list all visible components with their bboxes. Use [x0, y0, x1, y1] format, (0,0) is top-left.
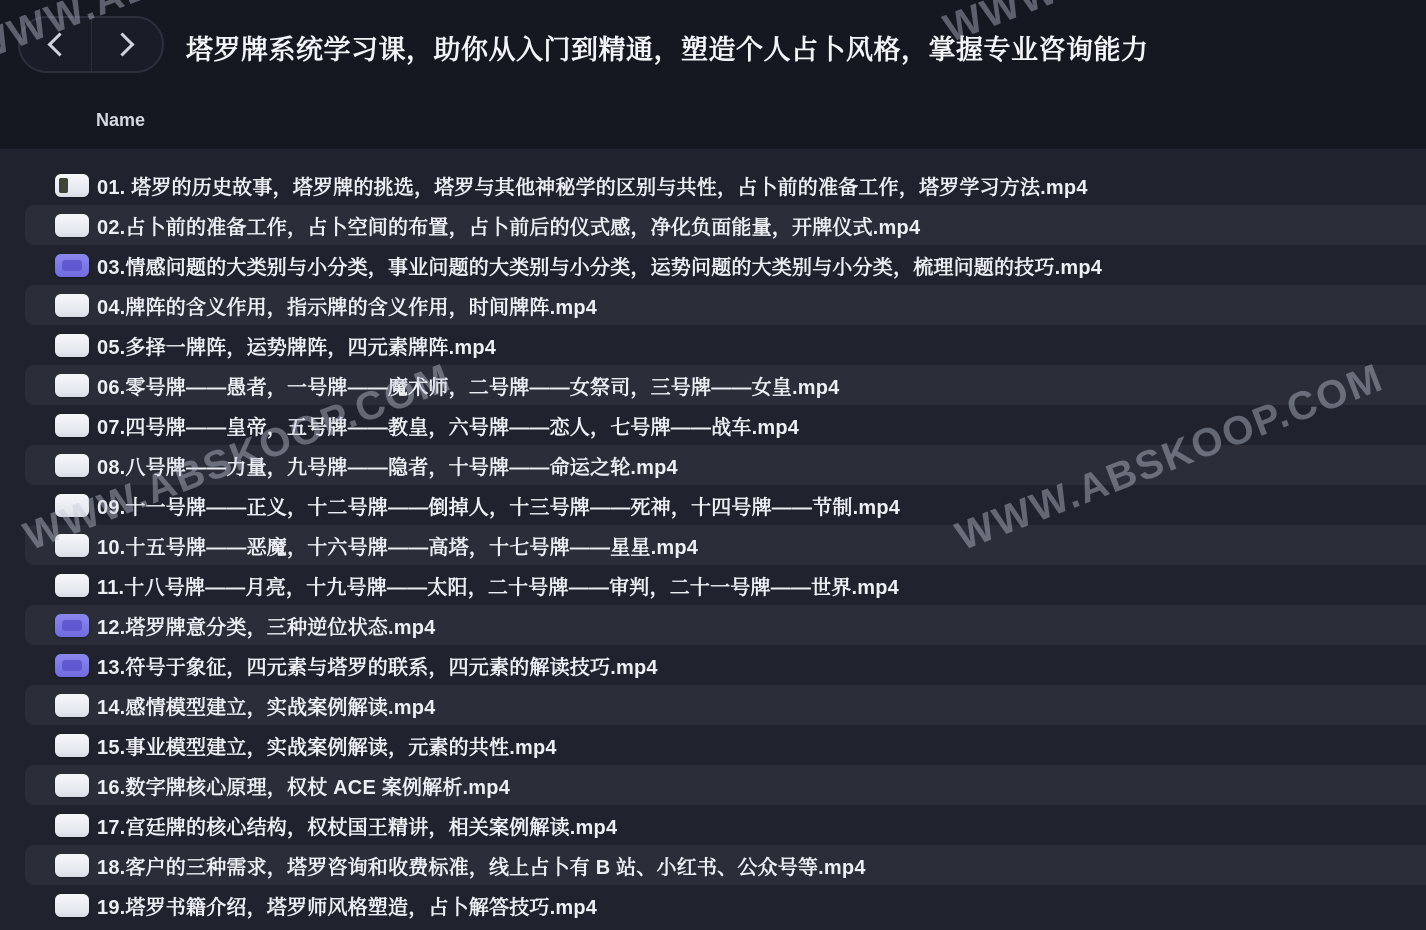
- file-row[interactable]: 13.符号于象征，四元素与塔罗的联系，四元素的解读技巧.mp4: [0, 645, 1426, 685]
- video-file-icon: [55, 894, 89, 917]
- video-file-icon: [55, 614, 89, 637]
- video-file-icon: [55, 374, 89, 397]
- file-name: 14.感情模型建立，实战案例解读.mp4: [97, 691, 435, 720]
- header-bar: 塔罗牌系统学习课，助你从入门到精通，塑造个人占卜风格，掌握专业咨询能力 Name: [0, 0, 1426, 150]
- file-name: 08.八号牌——力量，九号牌——隐者，十号牌——命运之轮.mp4: [97, 451, 678, 480]
- file-name: 09.十一号牌——正义，十二号牌——倒掉人，十三号牌——死神，十四号牌——节制.…: [97, 491, 900, 520]
- video-file-icon: [55, 254, 89, 277]
- video-file-icon: [55, 694, 89, 717]
- video-file-icon: [55, 454, 89, 477]
- file-name: 16.数字牌核心原理，权杖 ACE 案例解析.mp4: [97, 771, 510, 800]
- video-file-icon: [55, 574, 89, 597]
- file-row[interactable]: 17.宫廷牌的核心结构，权杖国王精讲，相关案例解读.mp4: [0, 805, 1426, 845]
- file-row[interactable]: 07.四号牌——皇帝，五号牌——教皇，六号牌——恋人，七号牌——战车.mp4: [0, 405, 1426, 445]
- file-row[interactable]: 04.牌阵的含义作用，指示牌的含义作用，时间牌阵.mp4: [0, 285, 1426, 325]
- video-file-icon: [55, 654, 89, 677]
- file-name: 19.塔罗书籍介绍，塔罗师风格塑造，占卜解答技巧.mp4: [97, 891, 597, 920]
- file-row[interactable]: 08.八号牌——力量，九号牌——隐者，十号牌——命运之轮.mp4: [0, 445, 1426, 485]
- file-row[interactable]: 09.十一号牌——正义，十二号牌——倒掉人，十三号牌——死神，十四号牌——节制.…: [0, 485, 1426, 525]
- file-name: 13.符号于象征，四元素与塔罗的联系，四元素的解读技巧.mp4: [97, 651, 658, 680]
- file-name: 02.占卜前的准备工作，占卜空间的布置，占卜前后的仪式感，净化负面能量，开牌仪式…: [97, 211, 920, 240]
- video-file-icon: [55, 814, 89, 837]
- file-row[interactable]: 03.情感问题的大类别与小分类，事业问题的大类别与小分类，运势问题的大类别与小分…: [0, 245, 1426, 285]
- video-file-icon: [55, 734, 89, 757]
- video-file-icon: [55, 214, 89, 237]
- file-row[interactable]: 01. 塔罗的历史故事，塔罗牌的挑选，塔罗与其他神秘学的区别与共性，占卜前的准备…: [0, 165, 1426, 205]
- file-name: 01. 塔罗的历史故事，塔罗牌的挑选，塔罗与其他神秘学的区别与共性，占卜前的准备…: [97, 171, 1088, 200]
- forward-button[interactable]: [91, 18, 162, 71]
- video-file-icon: [55, 414, 89, 437]
- video-file-icon: [55, 494, 89, 517]
- file-name: 17.宫廷牌的核心结构，权杖国王精讲，相关案例解读.mp4: [97, 811, 617, 840]
- file-list: 01. 塔罗的历史故事，塔罗牌的挑选，塔罗与其他神秘学的区别与共性，占卜前的准备…: [0, 165, 1426, 925]
- video-file-icon: [55, 854, 89, 877]
- file-row[interactable]: 15.事业模型建立，实战案例解读，元素的共性.mp4: [0, 725, 1426, 765]
- file-name: 12.塔罗牌意分类，三种逆位状态.mp4: [97, 611, 435, 640]
- file-name: 06.零号牌——愚者，一号牌——魔术师，二号牌——女祭司，三号牌——女皇.mp4: [97, 371, 839, 400]
- file-name: 03.情感问题的大类别与小分类，事业问题的大类别与小分类，运势问题的大类别与小分…: [97, 251, 1102, 280]
- file-browser-window: 塔罗牌系统学习课，助你从入门到精通，塑造个人占卜风格，掌握专业咨询能力 Name…: [0, 0, 1426, 930]
- video-file-icon: [55, 294, 89, 317]
- file-row[interactable]: 12.塔罗牌意分类，三种逆位状态.mp4: [0, 605, 1426, 645]
- file-row[interactable]: 02.占卜前的准备工作，占卜空间的布置，占卜前后的仪式感，净化负面能量，开牌仪式…: [0, 205, 1426, 245]
- file-row[interactable]: 06.零号牌——愚者，一号牌——魔术师，二号牌——女祭司，三号牌——女皇.mp4: [0, 365, 1426, 405]
- nav-divider: [91, 18, 92, 71]
- column-header-name[interactable]: Name: [96, 110, 145, 131]
- file-name: 11.十八号牌——月亮，十九号牌——太阳，二十号牌——审判，二十一号牌——世界.…: [97, 571, 899, 600]
- navigation-pill: [18, 16, 164, 73]
- file-row[interactable]: 14.感情模型建立，实战案例解读.mp4: [0, 685, 1426, 725]
- video-file-icon: [55, 174, 89, 197]
- file-row[interactable]: 05.多择一牌阵，运势牌阵，四元素牌阵.mp4: [0, 325, 1426, 365]
- file-name: 05.多择一牌阵，运势牌阵，四元素牌阵.mp4: [97, 331, 496, 360]
- page-title: 塔罗牌系统学习课，助你从入门到精通，塑造个人占卜风格，掌握专业咨询能力: [186, 28, 1406, 67]
- video-file-icon: [55, 534, 89, 557]
- chevron-right-icon: [110, 32, 134, 56]
- file-row[interactable]: 18.客户的三种需求，塔罗咨询和收费标准，线上占卜有 B 站、小红书、公众号等.…: [0, 845, 1426, 885]
- file-row[interactable]: 16.数字牌核心原理，权杖 ACE 案例解析.mp4: [0, 765, 1426, 805]
- chevron-left-icon: [47, 32, 71, 56]
- file-row[interactable]: 10.十五号牌——恶魔，十六号牌——高塔，十七号牌——星星.mp4: [0, 525, 1426, 565]
- back-button[interactable]: [20, 18, 91, 71]
- file-name: 04.牌阵的含义作用，指示牌的含义作用，时间牌阵.mp4: [97, 291, 597, 320]
- video-file-icon: [55, 334, 89, 357]
- file-row[interactable]: 11.十八号牌——月亮，十九号牌——太阳，二十号牌——审判，二十一号牌——世界.…: [0, 565, 1426, 605]
- file-name: 10.十五号牌——恶魔，十六号牌——高塔，十七号牌——星星.mp4: [97, 531, 698, 560]
- file-name: 15.事业模型建立，实战案例解读，元素的共性.mp4: [97, 731, 557, 760]
- video-file-icon: [55, 774, 89, 797]
- file-name: 07.四号牌——皇帝，五号牌——教皇，六号牌——恋人，七号牌——战车.mp4: [97, 411, 799, 440]
- file-row[interactable]: 19.塔罗书籍介绍，塔罗师风格塑造，占卜解答技巧.mp4: [0, 885, 1426, 925]
- file-name: 18.客户的三种需求，塔罗咨询和收费标准，线上占卜有 B 站、小红书、公众号等.…: [97, 851, 866, 880]
